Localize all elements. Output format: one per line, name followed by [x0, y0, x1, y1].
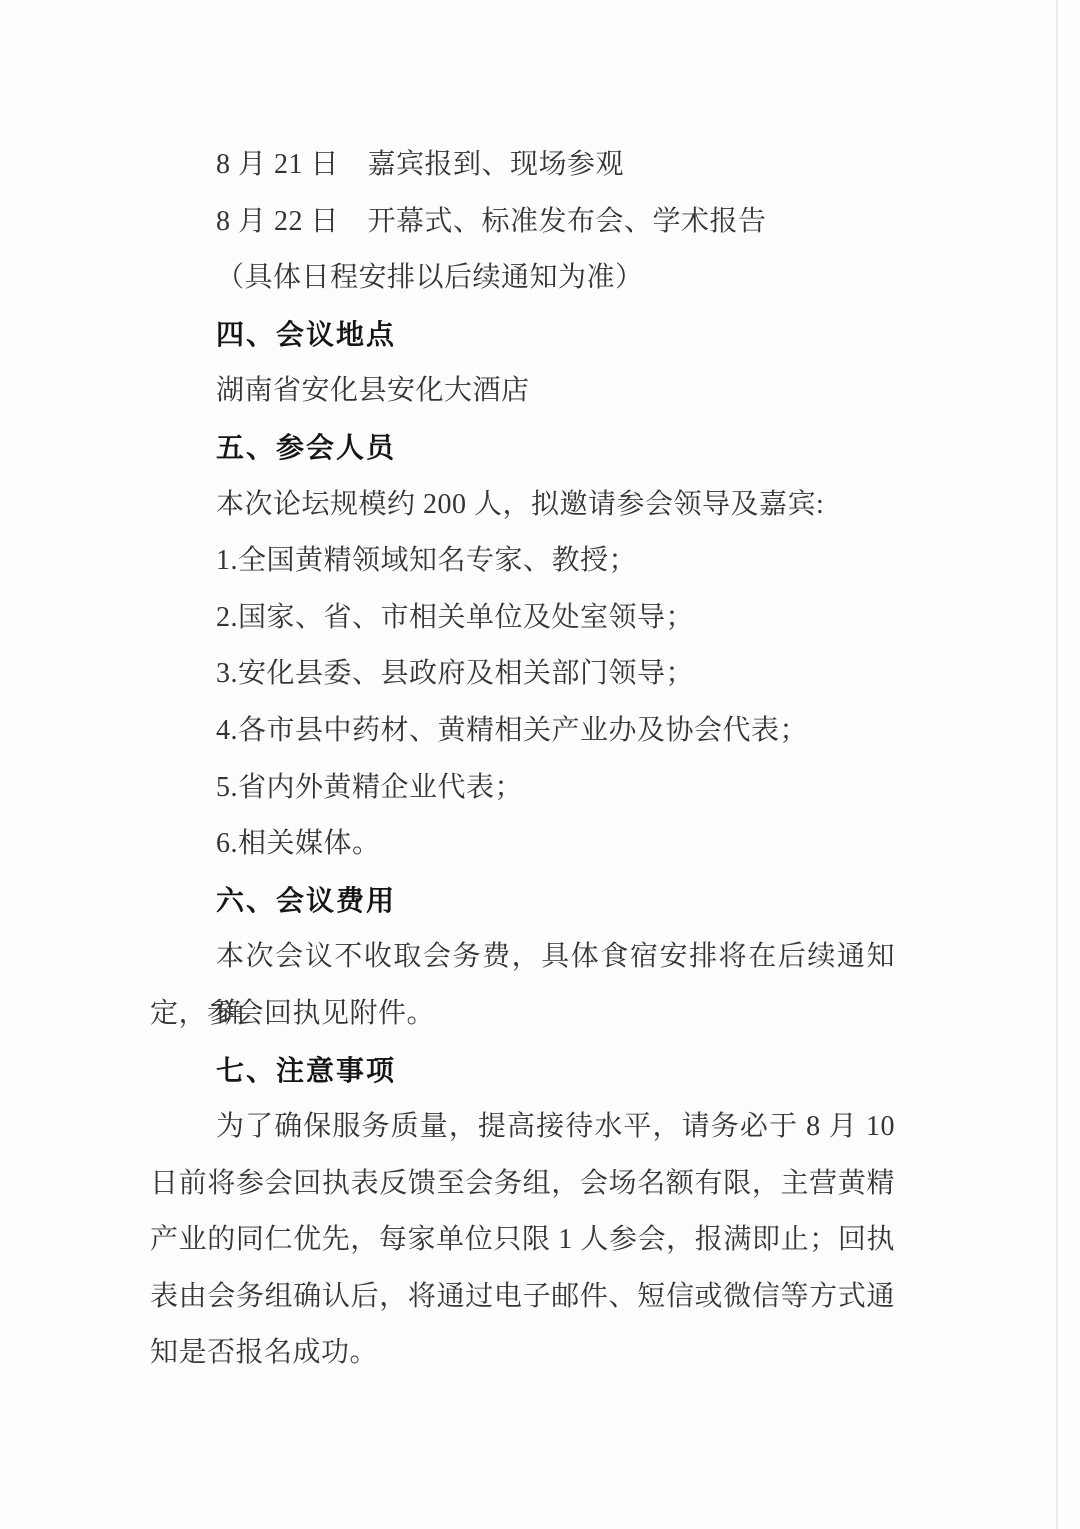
document-line: 8 月 21 日 嘉宾报到、现场参观: [150, 137, 895, 194]
document-line: 3.安化县委、县政府及相关部门领导；: [150, 646, 895, 703]
document-line: 5.省内外黄精企业代表；: [150, 760, 895, 817]
scan-edge-line: [1056, 0, 1058, 1529]
document-page: 8 月 21 日 嘉宾报到、现场参观8 月 22 日 开幕式、标准发布会、学术报…: [0, 0, 1080, 1529]
document-line: 2.国家、省、市相关单位及处室领导；: [150, 590, 895, 647]
document-line: 本次会议不收取会务费，具体食宿安排将在后续通知确: [150, 929, 895, 986]
document-line: 6.相关媒体。: [150, 816, 895, 873]
document-line: 日前将参会回执表反馈至会务组，会场名额有限，主营黄精: [150, 1156, 895, 1213]
document-line: 1.全国黄精领域知名专家、教授；: [150, 533, 895, 590]
section-heading: 六、会议费用: [150, 873, 895, 930]
section-heading: 五、参会人员: [150, 420, 895, 477]
document-line: 为了确保服务质量，提高接待水平，请务必于 8 月 10: [150, 1099, 895, 1156]
document-line: 8 月 22 日 开幕式、标准发布会、学术报告: [150, 194, 895, 251]
document-line: 产业的同仁优先，每家单位只限 1 人参会，报满即止；回执: [150, 1212, 895, 1269]
document-line: （具体日程安排以后续通知为准）: [150, 250, 895, 307]
document-line: 知是否报名成功。: [150, 1325, 895, 1382]
document-line: 4.各市县中药材、黄精相关产业办及协会代表；: [150, 703, 895, 760]
document-line: 表由会务组确认后，将通过电子邮件、短信或微信等方式通: [150, 1269, 895, 1326]
document-line: 定，参会回执见附件。: [150, 986, 895, 1043]
document-text-block: 8 月 21 日 嘉宾报到、现场参观8 月 22 日 开幕式、标准发布会、学术报…: [150, 137, 895, 1382]
document-line: 本次论坛规模约 200 人，拟邀请参会领导及嘉宾:: [150, 477, 895, 534]
section-heading: 四、会议地点: [150, 307, 895, 364]
section-heading: 七、注意事项: [150, 1043, 895, 1100]
document-line: 湖南省安化县安化大酒店: [150, 363, 895, 420]
